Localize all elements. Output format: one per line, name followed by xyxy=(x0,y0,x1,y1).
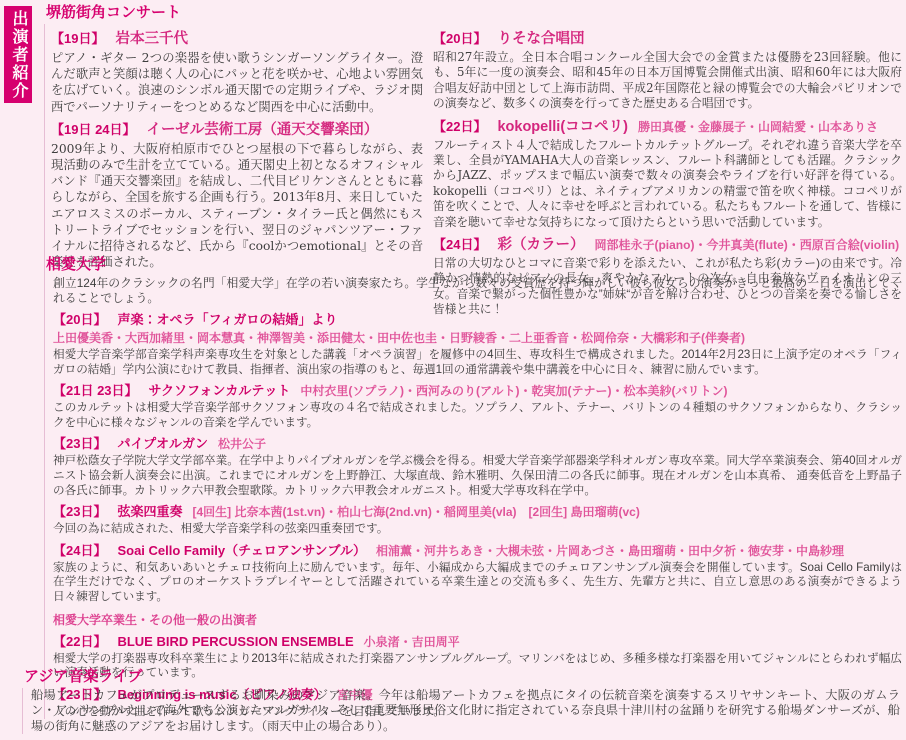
performer-name: イーゼル芸術工房（通天交響楽団） xyxy=(147,122,379,138)
performer-name: 弦楽四重奏 xyxy=(117,504,182,519)
entry-header: 【19日 24日】イーゼル芸術工房（通天交響楽団） xyxy=(51,121,423,139)
entry-header: 【23日】パイプオルガン松井公子 xyxy=(53,435,902,453)
performer-entry: 【21日 23日】サクソフォンカルテット中村衣里(ソプラノ)・西河みのり(アルト… xyxy=(53,382,902,430)
performer-name: 彩（カラー） xyxy=(497,237,584,253)
performer-name: Soai Cello Family（チェロアンサンブル） xyxy=(117,543,366,558)
performer-entry: 【22日】kokopelli(ココペリ)勝田真優・金藤展子・山岡結愛・山本ありさ… xyxy=(433,118,902,230)
section-title: アジア音楽ライブ xyxy=(24,668,900,686)
performer-name: BLUE BIRD PERCUSSION ENSEMBLE xyxy=(117,634,353,649)
performer-name: 声楽：オペラ「フィガロの結婚」より xyxy=(117,312,337,327)
date-label: 【20日】 xyxy=(433,31,486,46)
member-names: 上田優美香・大西加緒里・岡本慧真・神澤智美・添田健太・田中佐也圭・日野綾香・二上… xyxy=(53,330,902,347)
performer-entry: 【23日】パイプオルガン松井公子 神戸松蔭女子学院大学文学部卒業。在学中よりパイ… xyxy=(53,435,902,498)
date-label: 【24日】 xyxy=(433,237,486,252)
performers-vertical-banner: 出演者紹介 xyxy=(4,6,32,103)
date-label: 【22日】 xyxy=(433,119,486,134)
section-intro: 創立124年のクラシックの名門「相愛大学」在学の若い演奏家たち。学生ながら数々の… xyxy=(53,276,902,306)
performer-name: 岩本三千代 xyxy=(115,31,188,47)
date-label: 【21日 23日】 xyxy=(53,383,138,398)
performer-entry: 【20日】声楽：オペラ「フィガロの結婚」より上田優美香・大西加緒里・岡本慧真・神… xyxy=(53,311,902,377)
entry-description: フルーティスト４人で結成したフルートカルテットグループ。それぞれ違う音楽大学を卒… xyxy=(433,138,902,230)
entry-header: 【23日】弦楽四重奏[4回生] 比奈本茜(1st.vn)・柏山七海(2nd.vn… xyxy=(53,503,902,521)
entry-description: 今回の為に結成された、相愛大学音楽学科の弦楽四重奏団です。 xyxy=(53,522,902,537)
entry-description: 家族のように、和気あいあいとチェロ技術向上に励んでいます。毎年、小編成から大編成… xyxy=(53,561,902,605)
entry-description: 船場アートカフェがプロデュースするお馴染みのアジア音楽。今年は船場アートカフェを… xyxy=(22,688,900,734)
performer-entry: 【24日】Soai Cello Family（チェロアンサンブル）相浦薫・河井ち… xyxy=(53,542,902,605)
date-label: 【19日】 xyxy=(51,31,104,46)
entry-header: 【24日】Soai Cello Family（チェロアンサンブル）相浦薫・河井ち… xyxy=(53,542,902,560)
entry-header: 【20日】りそな合唱団 xyxy=(433,30,902,48)
performer-name: りそな合唱団 xyxy=(497,31,584,47)
entry-header: 【22日】kokopelli(ココペリ)勝田真優・金藤展子・山岡結愛・山本ありさ xyxy=(433,118,902,136)
section-title: 堺筋街角コンサート xyxy=(46,4,902,22)
section-soai-university: 相愛大学 創立124年のクラシックの名門「相愛大学」在学の若い演奏家たち。学生な… xyxy=(44,256,902,724)
performer-entry: 【19日】岩本三千代 ピアノ・ギター 2つの楽器を使い歌うシンガーソングライター… xyxy=(51,30,423,115)
entry-description: このカルテットは相愛大学音楽学部サクソフォン専攻の４名で結成されました。ソプラノ… xyxy=(53,401,902,430)
entry-description: ピアノ・ギター 2つの楽器を使い歌うシンガーソングライター。澄んだ歌声と笑顔は聴… xyxy=(51,50,423,115)
performer-entry: 【20日】りそな合唱団 昭和27年設立。全日本合唱コンクール全国大会での金賞また… xyxy=(433,30,902,112)
date-label: 【19日 24日】 xyxy=(51,122,136,137)
entry-header: 【19日】岩本三千代 xyxy=(51,30,423,48)
entry-header: 【21日 23日】サクソフォンカルテット中村衣里(ソプラノ)・西河みのり(アルト… xyxy=(53,382,902,400)
member-names: 勝田真優・金藤展子・山岡結愛・山本ありさ xyxy=(638,120,878,134)
member-names: 岡部桂永子(piano)・今井真美(flute)・西原百合絵(violin) xyxy=(594,238,899,252)
member-names: 松井公子 xyxy=(218,437,266,451)
section-asia-music-live: アジア音楽ライブ 船場アートカフェがプロデュースするお馴染みのアジア音楽。今年は… xyxy=(22,668,900,734)
member-names: [4回生] 比奈本茜(1st.vn)・柏山七海(2nd.vn)・稲岡里美(vla… xyxy=(192,505,639,519)
date-label: 【24日】 xyxy=(53,543,106,558)
entry-header: 【22日】BLUE BIRD PERCUSSION ENSEMBLE小泉渚・吉田… xyxy=(53,633,902,651)
performer-name: サクソフォンカルテット xyxy=(149,383,291,398)
entry-description: 相愛大学音楽学部音楽学科声楽専攻生を対象とした講義「オペラ演習」を履修中の4回生… xyxy=(53,348,902,377)
section-title: 相愛大学 xyxy=(46,256,902,274)
date-label: 【22日】 xyxy=(53,634,106,649)
subsection-label-graduates: 相愛大学卒業生・その他一般の出演者 xyxy=(53,613,902,628)
entry-header: 【24日】彩（カラー）岡部桂永子(piano)・今井真美(flute)・西原百合… xyxy=(433,236,902,254)
page: { "banner": { "label": "出演者紹介" }, "color… xyxy=(0,0,906,740)
date-label: 【23日】 xyxy=(53,504,106,519)
date-label: 【20日】 xyxy=(53,312,106,327)
entry-description: 2009年より、大阪府柏原市でひとつ屋根の下で暮らしながら、表現活動のみで生計を… xyxy=(51,141,423,271)
member-names: 小泉渚・吉田周平 xyxy=(364,635,460,649)
entry-description: 神戸松蔭女子学院大学文学部卒業。在学中よりパイプオルガンを学ぶ機会を得る。相愛大… xyxy=(53,454,902,498)
performer-name: パイプオルガン xyxy=(117,436,207,451)
section-body: 創立124年のクラシックの名門「相愛大学」在学の若い演奏家たち。学生ながら数々の… xyxy=(44,276,902,719)
member-names: 中村衣里(ソプラノ)・西河みのり(アルト)・乾実加(テナー)・松本美紗(バリトン… xyxy=(300,384,727,398)
date-label: 【23日】 xyxy=(53,436,106,451)
performer-entry: 【19日 24日】イーゼル芸術工房（通天交響楽団） 2009年より、大阪府柏原市… xyxy=(51,121,423,271)
entry-header: 【20日】声楽：オペラ「フィガロの結婚」より上田優美香・大西加緒里・岡本慧真・神… xyxy=(53,311,902,347)
performer-name: kokopelli(ココペリ) xyxy=(497,119,628,135)
member-names: 相浦薫・河井ちあき・大槻未弦・片岡あづさ・島田瑠萌・田中夕祈・徳安芽・中島紗理 xyxy=(376,544,844,558)
entry-description: 昭和27年設立。全日本合唱コンクール全国大会での金賞または優勝を23回経験。他に… xyxy=(433,50,902,112)
performer-entry: 【23日】弦楽四重奏[4回生] 比奈本茜(1st.vn)・柏山七海(2nd.vn… xyxy=(53,503,902,537)
